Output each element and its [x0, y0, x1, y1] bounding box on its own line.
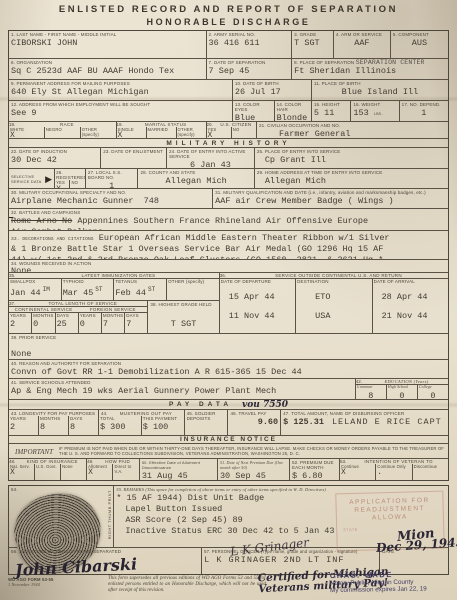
component-label: 5. COMPONENT	[393, 32, 446, 37]
arm-service-label: 4. ARM OR SERVICE	[336, 32, 388, 37]
form-row: 32. BATTLES AND CAMPAIGNS Rome Arno No A…	[9, 209, 448, 231]
option-mark: X	[56, 186, 68, 188]
color-eyes-label: 13. COLOR EYES	[235, 102, 272, 112]
longevity-days: DAYS8	[69, 416, 98, 435]
cell-wounds: 34. WOUNDS RECEIVED IN ACTION None	[9, 260, 448, 272]
last-name-label: 1. LAST NAME - FIRST NAME - MIDDLE INITI…	[11, 32, 204, 37]
cell-battles-campaigns: 32. BATTLES AND CAMPAIGNS Rome Arno No A…	[9, 209, 448, 230]
education-number: 42.	[356, 379, 362, 384]
cell-serial-no: 2. ARMY SERIAL NO. 36 416 611	[207, 31, 293, 58]
place-separation-value: Ft Sheridan Illinois	[294, 66, 446, 76]
premium-due-label: 52. PREMIUM DUE EACH MONTH	[292, 460, 337, 470]
date-of-birth-label: 10. DATE OF BIRTH	[235, 81, 309, 86]
years-label: YEARS	[10, 313, 30, 318]
destination-col: DESTINATION ETO USA	[296, 279, 372, 333]
highest-grade-label: 38. HIGHEST GRADE HELD	[150, 302, 216, 307]
section-title: INSURANCE NOTICE	[180, 436, 277, 443]
color-eyes-value: Blue	[235, 113, 272, 121]
option-label: U.S. Govt.	[36, 464, 59, 469]
mos-label: 30. MILITARY OCCUPATIONAL SPECIALTY AND …	[11, 190, 210, 195]
tetanus-note: ST	[148, 286, 155, 293]
battles-value-line2: Air Combat Balkans	[11, 227, 446, 230]
cell-marital-status: 19.MARITAL STATUS SINGLEX MARRIED OTHER …	[117, 122, 207, 138]
cell-place-separation: 8. PLACE OF SEPARATION SEPARATION CENTER…	[292, 59, 448, 79]
smallpox-label: SMALLPOX	[10, 279, 60, 284]
grade-value: T SGT	[294, 38, 331, 48]
other-immunization-col: OTHER (specify)	[167, 279, 219, 300]
cell-kind-insurance: 48.KIND OF INSURANCE Nat. Serv.X U.S. Go…	[9, 459, 87, 480]
smallpox-date: Jan 44	[10, 288, 41, 298]
departure-2: 11 Nov 44	[229, 311, 294, 321]
education-columns: Grammar8 High School0 College0	[356, 385, 448, 399]
cont-days: DAYS25	[56, 313, 79, 333]
option-label: Discontinue	[414, 464, 447, 469]
occupation-value: Farmer General	[279, 129, 446, 138]
option-label: OTHER (specify)	[178, 127, 205, 137]
years-value: 0	[80, 319, 100, 329]
citizen-option-yes: YESX	[207, 127, 232, 138]
next-premium-value: 30 Sep 45	[220, 471, 287, 480]
voucher-handwriting: vou 7550	[242, 400, 288, 410]
registered-no: NO	[70, 180, 84, 188]
organization-label: 6. ORGANIZATION	[11, 60, 204, 65]
cell-service-schools: 41. SERVICE SCHOOLS ATTENDED Ap & Eng Me…	[9, 379, 356, 399]
grammar-label: Grammar	[357, 385, 385, 390]
cell-color-hair: 14. COLOR HAIR Blonde	[275, 101, 312, 121]
typhoid-note: ST	[95, 286, 102, 293]
typhoid-value: Mar 45ST	[63, 285, 113, 298]
registered-options: YESX NO	[55, 180, 85, 188]
cell-immunization: 35.LATEST IMMUNIZATION DATES SMALLPOXJan…	[9, 273, 219, 301]
total-amount-value: $ 125.31	[283, 417, 324, 427]
form-row: IMPORTANT IF PREMIUM IS NOT PAID WHEN DU…	[9, 444, 448, 459]
cell-civilian-occupation: 21. CIVILIAN OCCUPATION AND NO. Farmer G…	[257, 122, 448, 138]
decorations-text: European African Middle Eastern Theater …	[99, 233, 390, 243]
cell-place-of-birth: 11. PLACE OF BIRTH Blue Island Ill	[312, 80, 448, 100]
citizen-options: YESX NO	[207, 127, 256, 138]
highest-grade-value: T SGT	[150, 319, 216, 329]
place-entry-value: Cp Grant Ill	[265, 155, 446, 165]
length-columns: YEARS2 MONTHS0 DAYS25 YEARS0 MONTHS7 DAY…	[9, 313, 147, 333]
option-label: OTHER (specify)	[82, 127, 115, 137]
college-value: 0	[419, 391, 447, 399]
cell-how-paid: 49.HOW PAID AllotmentX Direct to V.A.	[87, 459, 140, 480]
cell-highest-grade: 38. HIGHEST GRADE HELD T SGT	[148, 301, 218, 333]
days-value: 8	[70, 422, 97, 432]
destination-1: ETO	[315, 292, 370, 302]
disbursing-officer-name: LELAND E RICE CAPT FD	[332, 417, 448, 427]
typhoid-label: TYPHOID	[63, 279, 113, 284]
for-years: YEARS0	[79, 313, 102, 333]
qualification-label: 31. MILITARY QUALIFICATION AND DATE (i.e…	[215, 190, 446, 195]
smallpox-note: IM	[43, 286, 50, 293]
dependents-value: 1	[402, 108, 446, 118]
total-length-number: 37.	[9, 301, 15, 306]
highschool-value: 0	[388, 391, 416, 399]
pen-line	[9, 217, 13, 218]
service-schools-value: Ap & Eng Mech 19 wks Aerial Gunnery Powe…	[11, 386, 353, 396]
cell-next-premium: 51. Date of Next Premium Due (One month …	[218, 459, 290, 480]
length-grade-row: 37.TOTAL LENGTH OF SERVICE CONTINENTAL S…	[9, 301, 219, 333]
cell-military-qualification: 31. MILITARY QUALIFICATION AND DATE (i.e…	[213, 189, 448, 208]
occupation-label: 21. CIVILIAN OCCUPATION AND NO.	[259, 123, 446, 128]
effective-date-label: 50. Effective Date of Allotment Disconti…	[142, 460, 215, 470]
days-label: DAYS	[126, 313, 146, 318]
premium-due-value: $ 6.80	[292, 471, 337, 480]
race-option-negro: NEGRO	[45, 127, 81, 138]
section-pay-data: PAY DATA vou 7550	[9, 400, 448, 410]
how-paid-allotment: AllotmentX	[87, 464, 113, 480]
option-mark: X	[88, 469, 111, 477]
marital-option-single: SINGLEX	[117, 127, 147, 138]
this-payment-value: $ 100	[143, 422, 183, 432]
form-row: 18.RACE WHITEX NEGRO OTHER (specify) 19.…	[9, 122, 448, 139]
employment-address-value: See 9	[11, 108, 230, 118]
marital-option-other: OTHER (specify)	[177, 127, 206, 138]
employment-address-label: 12. ADDRESS FROM WHICH EMPLOYMENT WILL B…	[11, 102, 230, 107]
longevity-months: MONTHS8	[39, 416, 69, 435]
battles-struck-text: Rome Arno No	[11, 216, 72, 226]
months-value: 0	[33, 319, 53, 329]
reason-value: Convn of Govt RR 1-1 Demobilization A R …	[11, 367, 446, 377]
years-value: 2	[10, 422, 37, 432]
typhoid-date: Mar 45	[63, 288, 94, 298]
section-title: MILITARY HISTORY	[166, 140, 290, 147]
this-payment-label: THIS PAYMENT	[143, 416, 183, 421]
college-label: College	[419, 385, 447, 390]
cell-total-length: 37.TOTAL LENGTH OF SERVICE CONTINENTAL S…	[9, 301, 148, 333]
cell-grade: 3. GRADE T SGT	[292, 31, 334, 58]
for-months: MONTHS7	[102, 313, 125, 333]
document-subtitle: HONORABLE DISCHARGE	[0, 17, 457, 27]
highschool-label: High School	[388, 385, 416, 390]
cell-height: 15. HEIGHT 5 11	[312, 101, 352, 121]
weight-label: 16. WEIGHT	[353, 102, 396, 107]
kind-none: None	[61, 464, 86, 480]
fine-print: This form supersedes all previous editio…	[108, 576, 266, 593]
date-separation-label: 7. DATE OF SEPARATION	[209, 60, 290, 65]
kind-options: Nat. Serv.X U.S. Govt. None	[9, 464, 86, 480]
color-hair-value: Blonde	[277, 113, 309, 121]
months-label: MONTHS	[33, 313, 53, 318]
travel-pay-value: 9.60	[230, 417, 278, 427]
form-number-block: WD AGO FORM 53-55 1 November 1944	[8, 577, 98, 587]
section-title: PAY DATA	[169, 401, 232, 408]
option-label: NEGRO	[46, 127, 79, 132]
cell-weight: 16. WEIGHT 153 LBS.	[351, 101, 399, 121]
mustering-total: TOTAL$ 300	[99, 416, 142, 435]
cell-separatee-signature: 56. SIGNATURE OF PERSON BEING SEPARATED …	[9, 548, 202, 574]
cell-arm-service: 4. ARM OR SERVICE AAF	[334, 31, 391, 58]
grammar-col: Grammar8	[356, 385, 387, 399]
immunization-columns: SMALLPOXJan 44IM TYPHOIDMar 45ST TETANUS…	[9, 279, 219, 300]
immunization-number: 35.	[9, 273, 15, 278]
reason-label: 40. REASON AND AUTHORITY FOR SEPARATION	[11, 361, 446, 366]
intention-options: ContinueX Continue Only. Discontinue	[340, 464, 448, 480]
registered-yes: YESX	[55, 180, 70, 188]
active-service-label: 24. DATE OF ENTRY INTO ACTIVE SERVICE	[169, 149, 252, 159]
days-label: DAYS	[70, 416, 97, 421]
component-value: AUS	[393, 38, 446, 48]
qualification-value: AAF air Crew Member Badge ( Wings )	[215, 196, 446, 206]
months-label: MONTHS	[40, 416, 67, 421]
kind-nat-serv: Nat. Serv.X	[9, 464, 35, 480]
important-label: IMPORTANT	[15, 448, 53, 456]
total-length-title: TOTAL LENGTH OF SERVICE	[18, 301, 147, 306]
arm-service-value: AAF	[336, 38, 388, 48]
cell-intention: 53.INTENTION OF VETERAN TO ContinueX Con…	[340, 459, 448, 480]
tetanus-label: TETANUS	[115, 279, 165, 284]
kind-us-govt: U.S. Govt.	[35, 464, 61, 480]
cell-service-outside: 36.SERVICE OUTSIDE CONTINENTAL U.S. AND …	[220, 273, 448, 333]
registered-label: 26. REGISTERED	[55, 169, 85, 180]
cell-date-enlistment: 23. DATE OF ENLISTMENT	[101, 148, 167, 168]
arrow-right-icon: ▶	[45, 175, 52, 184]
cell-effective-date: 50. Effective Date of Allotment Disconti…	[140, 459, 218, 480]
cell-soldier-deposits: 45. SOLDIER DEPOSITS	[185, 410, 229, 435]
cell-color-eyes: 13. COLOR EYES Blue	[233, 101, 275, 121]
tetanus-value: Feb 44ST	[115, 285, 165, 298]
immunization-title: LATEST IMMUNIZATION DATES	[18, 273, 218, 278]
cell-travel-pay: 46. TRAVEL PAY 9.60	[228, 410, 281, 435]
months-value: 7	[103, 319, 123, 329]
cell-left-service-block: 35.LATEST IMMUNIZATION DATES SMALLPOXJan…	[9, 273, 220, 333]
option-mark: .	[377, 469, 410, 477]
decorations-line1: 33. DECORATIONS AND CITATIONS European A…	[11, 233, 446, 243]
option-mark: X	[10, 132, 43, 138]
decorations-label: 33. DECORATIONS AND CITATIONS	[11, 237, 94, 242]
service-outside-title: SERVICE OUTSIDE CONTINENTAL U.S. AND RET…	[229, 273, 448, 278]
county-state-label: 28. COUNTY AND STATE	[140, 170, 251, 175]
form-row: 6. ORGANIZATION Sq C 2523d AAF BU AAAF H…	[9, 59, 448, 80]
service-outside-number: 36.	[220, 273, 226, 278]
tetanus-date: Feb 44	[115, 288, 146, 298]
grade-label: 3. GRADE	[294, 32, 331, 37]
service-schools-label: 41. SERVICE SCHOOLS ATTENDED	[11, 380, 353, 385]
months-value: 8	[40, 422, 67, 432]
home-address-label: 29. HOME ADDRESS AT TIME OF ENTRY INTO S…	[257, 170, 446, 175]
intention-continue-only: Continue Only.	[376, 464, 412, 480]
weight-unit: LBS.	[374, 113, 384, 117]
cell-date-active-service: 24. DATE OF ENTRY INTO ACTIVE SERVICE 6 …	[167, 148, 255, 168]
option-mark: X	[341, 469, 374, 477]
place-of-birth-value: Blue Island Ill	[314, 87, 446, 97]
cell-important-notice: IMPORTANT IF PREMIUM IS NOT PAID WHEN DU…	[9, 444, 448, 458]
smallpox-col: SMALLPOXJan 44IM	[9, 279, 62, 300]
intention-continue: ContinueX	[340, 464, 376, 480]
next-premium-label: 51. Date of Next Premium Due (One month …	[220, 460, 287, 470]
marital-options: SINGLEX MARRIED OTHER (specify)	[117, 127, 206, 138]
option-label: Direct to V.A.	[114, 464, 137, 474]
cell-decorations: 33. DECORATIONS AND CITATIONS European A…	[9, 231, 448, 259]
departure-col: DATE OF DEPARTURE 15 Apr 44 11 Nov 44	[220, 279, 296, 333]
section-insurance-notice: INSURANCE NOTICE	[9, 436, 448, 444]
county-state-value: Allegan Mich	[140, 176, 251, 186]
mustering-columns: TOTAL$ 300 THIS PAYMENT$ 100	[99, 416, 184, 435]
longevity-columns: YEARS2 MONTHS8 DAYS8	[9, 416, 98, 435]
dependents-label: 17. NO. DEPEND.	[402, 102, 446, 107]
form-row: 39. PRIOR SERVICE None	[9, 334, 448, 360]
prior-service-label: 39. PRIOR SERVICE	[11, 335, 446, 340]
thumb-print-label: RIGHT THUMB PRINT	[107, 490, 112, 539]
for-days: DAYS7	[125, 313, 147, 333]
cell-place-entry: 25. PLACE OF ENTRY INTO SERVICE Cp Grant…	[255, 148, 448, 168]
battles-label: 32. BATTLES AND CAMPAIGNS	[11, 210, 446, 215]
form-row: 35.LATEST IMMUNIZATION DATES SMALLPOXJan…	[9, 273, 448, 334]
color-hair-label: 14. COLOR HAIR	[277, 102, 309, 112]
option-label: NO	[233, 127, 255, 132]
cell-thumb-print: 54. RIGHT THUMB PRINT	[9, 486, 114, 547]
form-row: 1. LAST NAME - FIRST NAME - MIDDLE INITI…	[9, 31, 448, 59]
option-label: NO	[71, 180, 83, 185]
local-board-value: 1	[88, 181, 136, 188]
selective-service-label: SELECTIVE SERVICE DATA	[11, 174, 45, 184]
cell-county-state: 28. COUNTY AND STATE Allegan Mich	[138, 169, 254, 188]
destination-header: DESTINATION	[297, 279, 370, 284]
mustering-this-payment: THIS PAYMENT$ 100	[142, 416, 184, 435]
cell-dependents: 17. NO. DEPEND. 1	[400, 101, 448, 121]
cell-total-amount: 47. TOTAL AMOUNT, NAME OF DISBURSING OFF…	[281, 410, 448, 435]
cell-race: 18.RACE WHITEX NEGRO OTHER (specify)	[9, 122, 117, 138]
weight-number: 153	[353, 108, 368, 118]
option-mark: X	[118, 132, 145, 138]
departure-header: DATE OF DEPARTURE	[221, 279, 294, 284]
how-paid-options: AllotmentX Direct to V.A.	[87, 464, 139, 480]
place-of-birth-label: 11. PLACE OF BIRTH	[314, 81, 446, 86]
cell-organization: 6. ORGANIZATION Sq C 2523d AAF BU AAAF H…	[9, 59, 207, 79]
cell-longevity: 43. LONGEVITY FOR PAY PURPOSES YEARS2 MO…	[9, 410, 99, 435]
destination-2: USA	[315, 311, 370, 321]
induction-label: 22. DATE OF INDUCTION	[11, 149, 98, 154]
cell-component: 5. COMPONENT AUS	[391, 31, 448, 58]
form-row: 54. RIGHT THUMB PRINT 55. REMARKS (This …	[9, 486, 448, 548]
education-title: EDUCATION (Years)	[365, 379, 448, 384]
form-row: 48.KIND OF INSURANCE Nat. Serv.X U.S. Go…	[9, 459, 448, 480]
notary-block: CHAS. WADE Notary Public, Allegan County…	[330, 569, 457, 594]
service-outside-columns: DATE OF DEPARTURE 15 Apr 44 11 Nov 44 DE…	[220, 279, 448, 333]
cont-years: YEARS2	[9, 313, 32, 333]
organization-value: Sq C 2523d AAF BU AAAF Hondo Tex	[11, 66, 204, 76]
thumb-print-number: 54.	[11, 487, 111, 492]
years-label: YEARS	[10, 416, 37, 421]
cell-date-of-birth: 10. DATE OF BIRTH 26 Jul 17	[233, 80, 312, 100]
date-separation-value: 7 Sep 45	[209, 66, 290, 76]
height-value: 5 11	[314, 108, 349, 118]
years-value: 2	[10, 319, 30, 329]
cell-home-address: 29. HOME ADDRESS AT TIME OF ENTRY INTO S…	[255, 169, 448, 188]
days-label: DAYS	[57, 313, 77, 318]
cell-registered: 26. REGISTERED YESX NO	[55, 169, 86, 188]
college-col: College0	[418, 385, 448, 399]
cell-date-induction: 22. DATE OF INDUCTION 30 Dec 42	[9, 148, 101, 168]
smallpox-value: Jan 44IM	[10, 285, 60, 298]
battles-text: Appennines Southern France Rhineland Air…	[72, 216, 368, 226]
cell-employment-address: 12. ADDRESS FROM WHICH EMPLOYMENT WILL B…	[9, 101, 233, 121]
departure-1: 15 Apr 44	[229, 292, 294, 302]
form-row: 43. LONGEVITY FOR PAY PURPOSES YEARS2 MO…	[9, 410, 448, 436]
stamp-line-2: READJUSTMENT ALLOWA	[337, 505, 443, 524]
induction-value: 30 Dec 42	[11, 155, 98, 165]
marital-option-married: MARRIED	[147, 127, 177, 138]
option-mark: X	[208, 132, 230, 138]
other-immunization-label: OTHER (specify)	[168, 279, 218, 284]
serial-no-value: 36 416 611	[209, 38, 290, 48]
total-value: $ 300	[100, 422, 140, 432]
months-label: MONTHS	[103, 313, 123, 318]
citizen-option-no: NO	[232, 127, 256, 138]
travel-pay-label: 46. TRAVEL PAY	[230, 411, 278, 416]
serial-no-label: 2. ARMY SERIAL NO.	[209, 32, 290, 37]
form-row: 9. PERMANENT ADDRESS FOR MAILING PURPOSE…	[9, 80, 448, 101]
weight-value: 153 LBS.	[353, 108, 396, 118]
place-separation-label-text: 8. PLACE OF SEPARATION	[294, 60, 354, 65]
effective-date-value: 31 Aug 45	[142, 471, 215, 480]
intention-discontinue: Discontinue	[413, 464, 448, 480]
soldier-deposits-label: 45. SOLDIER DEPOSITS	[187, 411, 226, 421]
longevity-years: YEARS2	[9, 416, 39, 435]
form-row: 22. DATE OF INDUCTION 30 Dec 42 23. DATE…	[9, 148, 448, 169]
place-entry-label: 25. PLACE OF ENTRY INTO SERVICE	[257, 149, 446, 154]
permanent-address-value: 640 Ely St Allegan Michigan	[11, 87, 230, 97]
last-name-value: CIBORSKI JOHN	[11, 38, 204, 48]
form-row: 30. MILITARY OCCUPATIONAL SPECIALTY AND …	[9, 189, 448, 209]
cell-premium-due: 52. PREMIUM DUE EACH MONTH $ 6.80	[290, 459, 340, 480]
cell-education: 42.EDUCATION (Years) Grammar8 High Schoo…	[356, 379, 448, 399]
race-option-white: WHITEX	[9, 127, 45, 138]
days-value: 25	[57, 319, 77, 329]
cell-mustering-pay: 44.MUSTERING OUT PAY TOTAL$ 300 THIS PAY…	[99, 410, 185, 435]
date-of-birth-value: 26 Jul 17	[235, 87, 309, 97]
wounds-value: None	[11, 266, 446, 272]
tetanus-col: TETANUSFeb 44ST	[114, 279, 167, 300]
form-row: 12. ADDRESS FROM WHICH EMPLOYMENT WILL B…	[9, 101, 448, 122]
battles-value-line1: Rome Arno No Appennines Southern France …	[11, 216, 446, 226]
cell-selective-service: SELECTIVE SERVICE DATA ▶	[9, 169, 55, 188]
typhoid-col: TYPHOIDMar 45ST	[62, 279, 115, 300]
cell-date-separation: 7. DATE OF SEPARATION 7 Sep 45	[207, 59, 293, 79]
race-option-other: OTHER (specify)	[81, 127, 116, 138]
form-row: 40. REASON AND AUTHORITY FOR SEPARATION …	[9, 360, 448, 379]
cell-local-board: 27. LOCAL S.S. BOARD NO. 1	[86, 169, 139, 188]
arrival-header: DATE OF ARRIVAL	[374, 279, 447, 284]
form-date: 1 November 1944	[8, 582, 98, 587]
option-mark: X	[10, 469, 33, 477]
decorations-line2: & 1 Bronze Battle Star 1 Overseas Servic…	[11, 244, 446, 254]
form-row: SELECTIVE SERVICE DATA ▶ 26. REGISTERED …	[9, 169, 448, 189]
cell-citizen: 20.U.S. CITIZEN YESX NO	[207, 122, 257, 138]
enlistment-label: 23. DATE OF ENLISTMENT	[103, 149, 164, 154]
form-row: 33. DECORATIONS AND CITATIONS European A…	[9, 231, 448, 260]
arrival-2: 21 Nov 44	[382, 311, 447, 321]
cell-reason-separation: 40. REASON AND AUTHORITY FOR SEPARATION …	[9, 360, 448, 378]
prior-service-value: None	[11, 349, 446, 359]
active-service-value: 6 Jan 43	[169, 160, 252, 168]
total-label: TOTAL	[100, 416, 140, 421]
home-address-value: Allegan Mich	[265, 176, 446, 186]
form-row: 34. WOUNDS RECEIVED IN ACTION None	[9, 260, 448, 273]
cell-last-name: 1. LAST NAME - FIRST NAME - MIDDLE INITI…	[9, 31, 207, 58]
form-main: 1. LAST NAME - FIRST NAME - MIDDLE INITI…	[8, 30, 449, 481]
document-title: ENLISTED RECORD AND REPORT OF SEPARATION	[0, 4, 457, 15]
form-row: 41. SERVICE SCHOOLS ATTENDED Ap & Eng Me…	[9, 379, 448, 400]
option-label: MARRIED	[148, 127, 175, 132]
local-board-label: 27. LOCAL S.S. BOARD NO.	[88, 170, 136, 180]
option-label: None	[62, 464, 85, 469]
arrival-1: 28 Apr 44	[382, 292, 447, 302]
section-military-history: MILITARY HISTORY	[9, 139, 448, 148]
place-separation-label: 8. PLACE OF SEPARATION SEPARATION CENTER	[294, 60, 446, 65]
mos-value: Airplane Mechanic Gunner 748	[11, 196, 210, 206]
